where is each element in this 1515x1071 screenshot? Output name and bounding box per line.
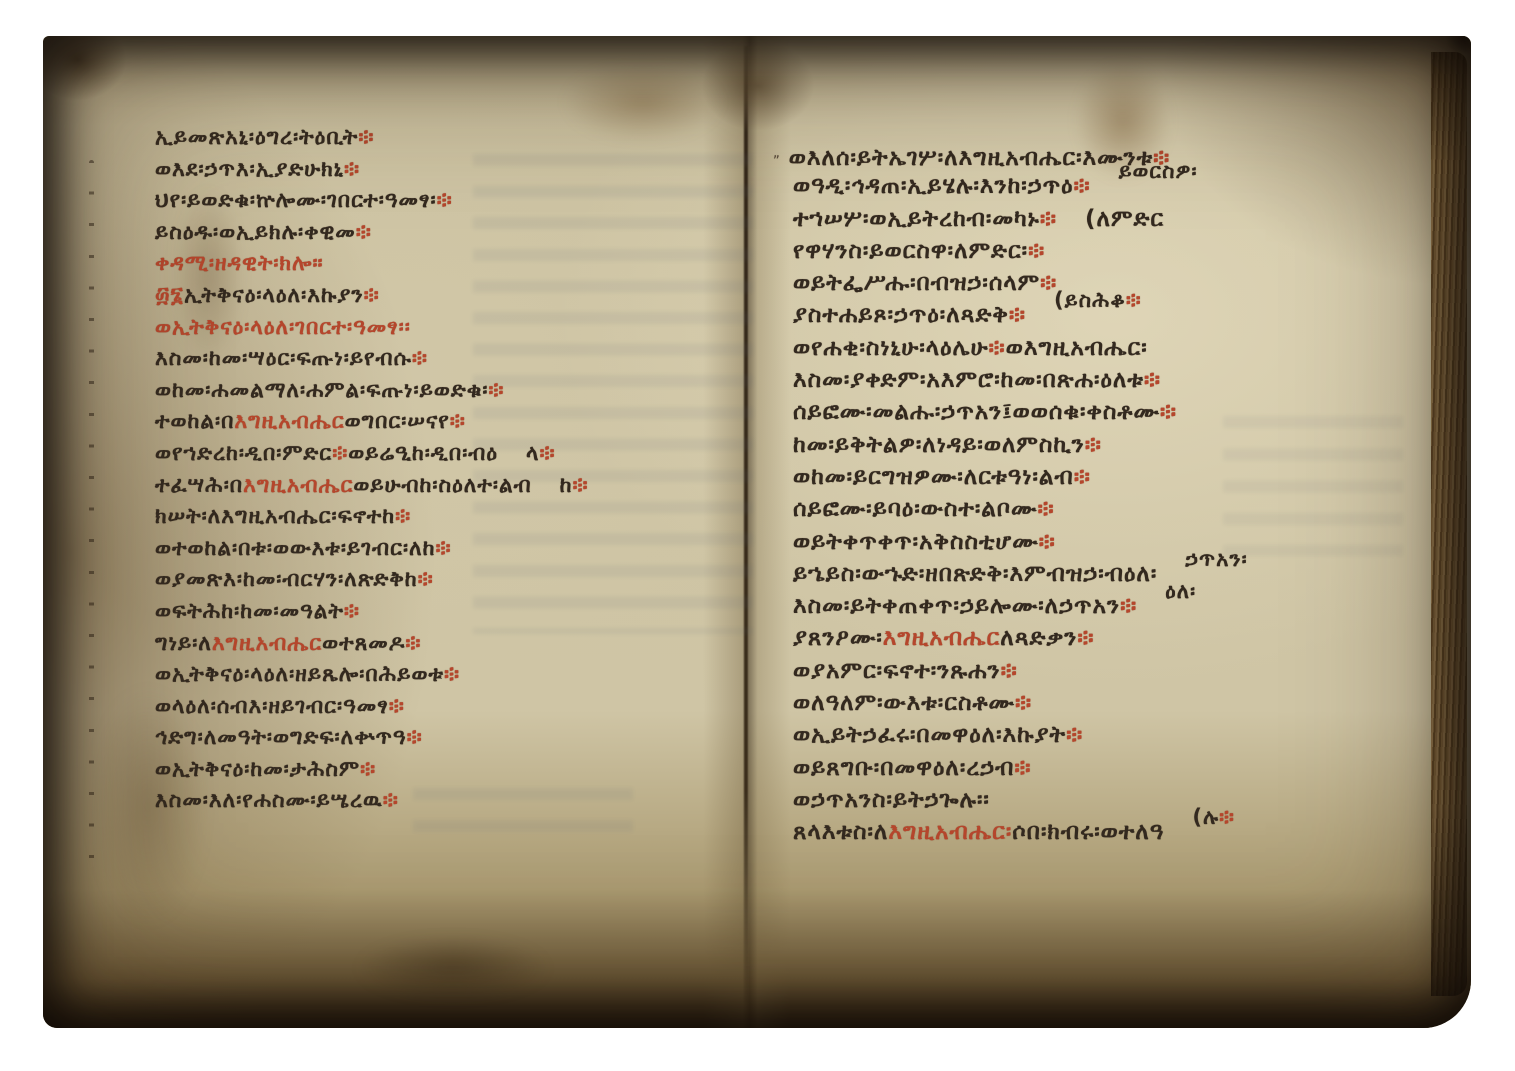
ink-segment: ፨ [1085,432,1102,458]
ink-segment: ፨ [1014,755,1031,781]
ink-segment: ዕለ፡ [1165,578,1196,603]
ink-segment: (ይስሕቆ [1054,287,1126,312]
text-line: ሰይፎሙ፡መልሑ፡ኃጥአን፤ወወሰቁ፡ቀስቶሙ፨ [793,396,1248,428]
ink-segment: ፨ [383,788,399,813]
text-line: እስመ፡ያቀድም፡አእምሮ፡ከመ፡በጽሐ፡ዕለቱ፨ [793,364,1248,396]
ink-segment: ፨ [488,378,504,403]
ink-segment: ወያመጽእ፡ከመ፡ብርሃን፡ለጽድቅከ [155,567,418,592]
ink-segment: ወኢትቅናዕ፡ከመ፡ታሕስም [155,757,360,782]
ink-segment: ከመ፡ይቅትልዎ፡ለነዳይ፡ወለምስኪን [793,432,1085,458]
text-line: ወኃጥአንስ፡ይትኃጐሉ፡፡ [793,784,1248,816]
ink-segment: ወላዕለ፡ሰብእ፡ዘይገብር፡ዓመፃ [155,694,389,719]
ink-segment: (ሉ [1192,804,1219,829]
text-line: ወላዕለ፡ሰብእ፡ዘይገብር፡ዓመፃ፨ [155,691,589,723]
ink-segment: ተኀሠሦ፡ወኢይትረከብ፡መካኑ [793,206,1040,232]
ink-segment: ፨ [418,567,434,592]
ink-segment: ወከመ፡ሐመልማለ፡ሐምል፡ፍጡነ፡ይወድቁ፡ [155,378,488,403]
ink-segment: ወለዓለም፡ውእቱ፡ርስቶሙ [793,690,1015,716]
ink-segment: እግዚአብሔር [212,631,322,656]
ink-segment: ወእለሰ፡ይትኤገሦ፡ለእግዚአብሔር፡እሙንቱ [789,145,1153,171]
ink-segment: ወይትፌሥሑ፡በብዝኃ፡ሰላም [793,270,1040,296]
ink-segment: ፨ [437,188,453,213]
ink-segment: ወኃጥአንስ፡ይትኃጐሉ፡፡ [793,787,990,813]
ink-segment: እግዚአብሔር [243,473,353,498]
ink-segment: እግዚአብሔር፡ [888,819,1012,845]
text-line: ወይትቀጥቀጥ፡አቅስስቲሆሙ፨ [793,526,1248,558]
ink-segment: ወይሬዒከ፡ዲበ፡ብዕ [348,441,498,466]
ink-segment: ወዓዲ፡ኅዳጠ፡ኢይሄሉ፡እንከ፡ኃጥዕ [793,173,1074,199]
ink-segment: ፨ [356,220,372,245]
text-line: ወያአምር፡ፍኖተ፡ንጹሐን፨ [793,655,1248,687]
text-line: ግነይ፡ለእግዚአብሔርወተጸመዶ፨ [155,628,589,660]
ink-segment: ተወከል፡በ [155,409,234,434]
text-line: ያጸንዖሙ፡እግዚአብሔርለጻድቃን፨ [793,622,1248,654]
text-line: እስመ፡እለ፡የሐስሙ፡ይሤረዉ፨ [155,785,589,817]
ink-segment: ፨ [1066,722,1083,748]
text-line: ወኢትቅናዕ፡ላዕለ፡ዘይጼሎ፡በሕይወቱ፨ [155,659,589,691]
ink-segment: ፴፮ [155,283,184,308]
ink-segment: ተፈሣሕ፡በ [155,473,243,498]
ink-segment: ፨ [1037,496,1054,522]
text-line: ክሠት፡ለእግዚአብሔር፡ፍኖተከ፨ [155,501,589,533]
text-line: ወኢትቅናዕ፡ከመ፡ታሕስም፨ [155,754,589,786]
margin-note: ይወርስዎ፡ [1119,155,1198,187]
text-line: ይስዕዱ፡ወኢይክሉ፡ቀዊመ፨ [155,217,589,249]
margin-note: (ለምድር [1085,203,1164,235]
ink-segment: ሶበ፡ክብሩ፡ወተለዓ [1012,819,1164,845]
text-line: እስመ፡ከመ፡ሣዕር፡ፍጡነ፡ይየብሱ፨ [155,343,589,375]
text-line: ወይጸግቡ፡በመዋዕለ፡ረኃብ፨ [793,752,1248,784]
margin-tick: „ [773,146,781,161]
ink-segment: እስመ፡ይትቀጠቀጥ፡ኃይሎሙ፡ለኃጥአን [793,593,1120,619]
ink-segment: ወያአምር፡ፍኖተ፡ንጹሐን [793,658,1001,684]
ink-segment: ወተወከል፡በቱ፡ወውእቱ፡ይገብር፡ለከ [155,536,436,561]
ink-segment: ወየሐቂ፡ስነኒሁ፡ላዕሌሁ [793,335,989,361]
text-line: ተወከል፡በእግዚአብሔርወግበር፡ሠናየ፨ [155,406,589,438]
ink-segment: ወይጸግቡ፡በመዋዕለ፡ረኃብ [793,755,1014,781]
ink-segment: ወከመ፡ይርግዝዎሙ፡ለርቱዓነ፡ልብ [793,464,1074,490]
text-line: የዋሃንስ፡ይወርስዋ፡ለምድር፡፨ [793,235,1248,267]
text-line: ፴፮ኢትቅናዕ፡ላዕለ፡እኩያን፨ [155,280,589,312]
ink-segment: ፨ [332,441,348,466]
ink-segment: ፨ [1039,529,1056,555]
ink-segment: ይወርስዎ፡ [1119,158,1198,183]
ink-segment: ፨ [364,283,380,308]
ink-segment: ያስተሐይጾ፡ኃጥዕ፡ለጻድቅ [793,302,1009,328]
ink-segment: ፨ [405,631,421,656]
ink-segment: ኃጥአን፡ [1185,546,1247,571]
ink-segment: ፨ [344,157,360,182]
ink-segment: ፨ [1074,173,1091,199]
text-line: እስመ፡ይትቀጠቀጥ፡ኃይሎሙ፡ለኃጥአን፨ዕለ፡ [793,590,1248,622]
text-line: ወከመ፡ይርግዝዎሙ፡ለርቱዓነ፡ልብ፨ [793,461,1248,493]
ink-segment: ኅድግ፡ለመዓት፡ወግድፍ፡ለቍጥዓ [155,725,407,750]
ink-segment: ይኄይስ፡ውኁድ፡ዘበጽድቅ፡እምብዝኃ፡ብዕለ፡ [793,561,1157,587]
text-line: ኅድግ፡ለመዓት፡ወግድፍ፡ለቍጥዓ፨ [155,722,589,754]
ink-segment: እግዚአብሔር [234,409,344,434]
margin-note: ኃጥአን፡ [1185,543,1247,575]
text-line: ህየ፡ይወድቁ፡ኵሎሙ፡ገበርተ፡ዓመፃ፡፨ [155,185,589,217]
ink-segment: ወየኀድረከ፡ዲበ፡ምድር [155,441,332,466]
manuscript-photo: ኢይመጽአኒ፡ዕግረ፡ትዕቢት፨ወእደ፡ኃጥእ፡ኢያድሁክኒ፨ህየ፡ይወድቁ፡ኵ… [43,36,1471,1028]
ink-segment: ሰይፎሙ፡መልሑ፡ኃጥአን፤ወወሰቁ፡ቀስቶሙ [793,399,1160,425]
text-line: ወኢትቅናዕ፡ላዕለ፡ገበርተ፡ዓመፃ፡፡ [155,312,589,344]
text-line: ተፈሣሕ፡በእግዚአብሔርወይሁብከ፡ስዕለተ፡ልብከ፨ [155,470,589,502]
ink-segment: ፨ [989,335,1006,361]
ink-segment: ከ [560,473,573,498]
ink-segment: ወእደ፡ኃጥእ፡ኢያድሁክኒ [155,157,344,182]
ink-segment: ለጻድቃን [1000,625,1077,651]
text-line: ወለዓለም፡ውእቱ፡ርስቶሙ፨ [793,687,1248,719]
ink-segment: ወይሁብከ፡ስዕለተ፡ልብ [353,473,531,498]
ink-segment: ይስዕዱ፡ወኢይክሉ፡ቀዊመ [155,220,356,245]
margin-note: ከ፨ [560,470,589,502]
ink-segment: ፨ [389,694,405,719]
ink-segment: ኢትቅናዕ፡ላዕለ፡እኩያን [184,283,364,308]
text-line: ወፍትሕከ፡ከመ፡መዓልት፨ [155,596,589,628]
ink-segment: ፨ [444,662,460,687]
left-page-text: ኢይመጽአኒ፡ዕግረ፡ትዕቢት፨ወእደ፡ኃጥእ፡ኢያድሁክኒ፨ህየ፡ይወድቁ፡ኵ… [155,122,589,817]
ink-segment: ቀዳሚ፡ዘዳዊት፡ክሎ። [155,251,324,276]
ink-segment: ፨ [1160,399,1177,425]
text-line: ወየኀድረከ፡ዲበ፡ምድር፨ወይሬዒከ፡ዲበ፡ብዕላ፨ [155,438,589,470]
ink-segment: ፨ [344,599,360,624]
ink-segment: እስመ፡ያቀድም፡አእምሮ፡ከመ፡በጽሐ፡ዕለቱ [793,367,1144,393]
ink-segment: ፨ [450,409,466,434]
ink-segment: ፨ [395,504,411,529]
ink-segment: ፨ [436,536,452,561]
right-page-text: „ወእለሰ፡ይትኤገሦ፡ለእግዚአብሔር፡እሙንቱ፨ወዓዲ፡ኅዳጠ፡ኢይሄሉ፡እ… [793,138,1248,849]
text-line: ጸላእቱስ፡ለእግዚአብሔር፡ሶበ፡ክብሩ፡ወተለዓ(ሉ፨ [793,816,1248,848]
text-line: ሰይፎሙ፡ይባዕ፡ውስተ፡ልቦሙ፨ [793,493,1248,525]
ink-segment: ህየ፡ይወድቁ፡ኵሎሙ፡ገበርተ፡ዓመፃ፡ [155,188,437,213]
ink-segment: ፨ [1009,302,1026,328]
ink-segment: ክሠት፡ለእግዚአብሔር፡ፍኖተከ [155,504,395,529]
text-line: ወይትፌሥሑ፡በብዝኃ፡ሰላም፨ [793,267,1248,299]
ink-segment: ፨ [1219,804,1235,829]
ink-segment: ወኢይትኃፈሩ፡በመዋዕለ፡እኩያት [793,722,1066,748]
ink-segment: ወፍትሕከ፡ከመ፡መዓልት [155,599,344,624]
text-line: ከመ፡ይቅትልዎ፡ለነዳይ፡ወለምስኪን፨ [793,429,1248,461]
text-line: ወየሐቂ፡ስነኒሁ፡ላዕሌሁ፨ወእግዚአብሔር፡ [793,332,1248,364]
ink-segment: የዋሃንስ፡ይወርስዋ፡ለምድር፡ [793,238,1028,264]
ink-segment: ጸላእቱስ፡ለ [793,819,888,845]
text-line: ያስተሐይጾ፡ኃጥዕ፡ለጻድቅ፨(ይስሕቆ፨ [793,299,1248,331]
ink-segment: ፨ [1040,206,1057,232]
ink-segment: ፨ [1028,238,1045,264]
ink-segment: እስመ፡እለ፡የሐስሙ፡ይሤረዉ [155,788,383,813]
margin-note: ዕለ፡ [1165,575,1196,607]
ink-segment: እስመ፡ከመ፡ሣዕር፡ፍጡነ፡ይየብሱ [155,346,412,371]
ink-segment: ኢይመጽአኒ፡ዕግረ፡ትዕቢት [155,125,358,150]
margin-note: (ይስሕቆ፨ [1054,284,1142,316]
ink-segment: ሰይፎሙ፡ይባዕ፡ውስተ፡ልቦሙ [793,496,1037,522]
margin-note: (ሉ፨ [1192,801,1235,833]
ink-segment: ፨ [1015,690,1032,716]
text-line: ቀዳሚ፡ዘዳዊት፡ክሎ። [155,248,589,280]
ink-segment: ወግበር፡ሠናየ [345,409,450,434]
ink-segment: ያጸንዖሙ፡ [793,625,883,651]
ink-segment: ፨ [1126,287,1142,312]
ink-segment: ግነይ፡ለ [155,631,212,656]
ink-segment: ወኢትቅናዕ፡ላዕለ፡ዘይጼሎ፡በሕይወቱ [155,662,444,687]
ink-segment: ላ [526,441,540,466]
ink-segment: ፨ [360,757,376,782]
ink-segment: ፨ [1120,593,1137,619]
ink-segment: ወይትቀጥቀጥ፡አቅስስቲሆሙ [793,529,1039,555]
ink-segment: ፨ [358,125,374,150]
page-canvas: { "document": { "kind": "photographed pa… [0,0,1515,1071]
ink-segment: ፨ [412,346,428,371]
text-line: ወያመጽእ፡ከመ፡ብርሃን፡ለጽድቅከ፨ [155,564,589,596]
margin-note: ላ፨ [526,438,556,470]
text-line: ወእደ፡ኃጥእ፡ኢያድሁክኒ፨ [155,154,589,186]
text-line: ወኢይትኃፈሩ፡በመዋዕለ፡እኩያት፨ [793,719,1248,751]
ink-segment: ወተጸመዶ [322,631,405,656]
ink-segment: ፨ [1074,464,1091,490]
ink-segment: ፨ [1077,625,1094,651]
ink-segment: (ለምድር [1085,206,1164,232]
text-line: ወከመ፡ሐመልማለ፡ሐምል፡ፍጡነ፡ይወድቁ፡፨ [155,375,589,407]
ink-segment: ፨ [540,441,556,466]
ink-segment: ፨ [407,725,423,750]
ink-segment: ፨ [1144,367,1161,393]
text-line: ኢይመጽአኒ፡ዕግረ፡ትዕቢት፨ [155,122,589,154]
ink-segment: ወእግዚአብሔር፡ [1006,335,1148,361]
ink-segment: ወኢትቅናዕ፡ላዕለ፡ገበርተ፡ዓመፃ፡፡ [155,315,411,340]
text-line: ወተወከል፡በቱ፡ወውእቱ፡ይገብር፡ለከ፨ [155,533,589,565]
text-line: ተኀሠሦ፡ወኢይትረከብ፡መካኑ፨(ለምድር [793,203,1248,235]
ink-segment: እግዚአብሔር [883,625,1000,651]
text-line: ወዓዲ፡ኅዳጠ፡ኢይሄሉ፡እንከ፡ኃጥዕ፨ይወርስዎ፡ [793,170,1248,202]
ink-segment: ፨ [1001,658,1018,684]
ink-segment: ፨ [573,473,589,498]
